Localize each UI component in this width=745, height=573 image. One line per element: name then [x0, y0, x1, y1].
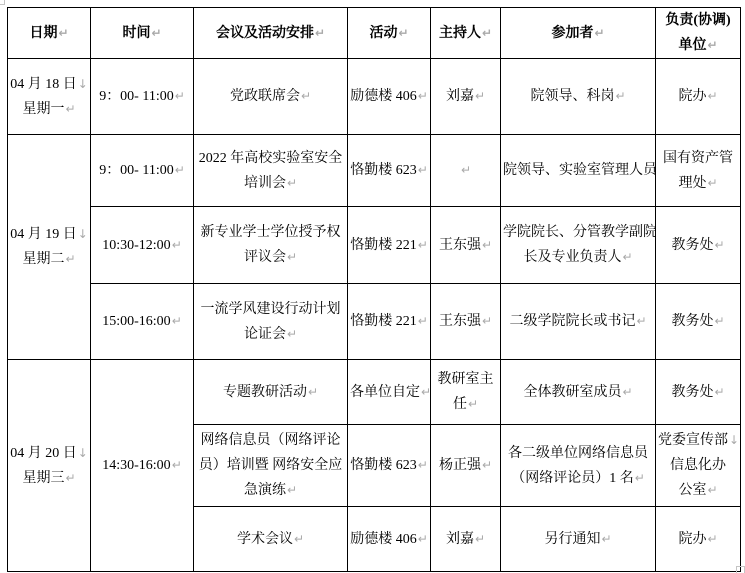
pilcrow-mark: ↵ — [621, 250, 632, 264]
pilcrow-mark: ↵ — [171, 238, 182, 252]
cell-text: 励德楼 406 — [350, 532, 417, 547]
header-cell-participants: 参加者↵ — [501, 8, 656, 59]
cell-participants: 各二级单位网络信息员（网络评论员）1 名↵ — [501, 425, 656, 507]
pilcrow-mark: ↵ — [706, 89, 717, 103]
pilcrow-mark: ↵ — [706, 532, 717, 546]
cell-venue: 励德楼 406↵ — [348, 59, 431, 135]
cell-venue: 恪勤楼 623↵ — [348, 135, 431, 207]
cell-line: 王东强↵ — [433, 309, 498, 334]
pilcrow-mark: ↵ — [300, 89, 311, 103]
table-row: 15:00-16:00↵一流学风建设行动计划论证会↵恪勤楼 221↵王东强↵二级… — [8, 284, 741, 360]
header-cell-venue: 活动↵ — [348, 8, 431, 59]
pilcrow-mark: ↵ — [481, 458, 492, 472]
cell-text: 会议及活动安排 — [216, 26, 314, 41]
cell-text: 培训会 — [244, 176, 286, 191]
cell-line: 2022 年高校实验室安全 — [196, 146, 345, 171]
cell-time: 14:30-16:00↵ — [91, 360, 194, 572]
cell-text: 评议会 — [244, 250, 286, 265]
cell-text: 长及专业负责人 — [523, 250, 621, 265]
cell-text: 学术会议 — [237, 532, 293, 547]
pilcrow-mark: ↵ — [600, 532, 611, 546]
line-break-mark: ↓ — [77, 77, 88, 91]
cell-text: 主持人 — [439, 26, 481, 41]
cell-text: 刘嘉 — [446, 89, 474, 104]
cell-text: 教务处 — [671, 238, 713, 253]
pilcrow-mark: ↵ — [417, 89, 428, 103]
pilcrow-mark: ↵ — [174, 163, 185, 177]
cell-text: 国有资产管 — [663, 151, 733, 166]
cell-participants: 院领导、实验室管理人员↵ — [501, 135, 656, 207]
cell-text: 二级学院院长或书记 — [509, 314, 635, 329]
header-cell-date: 日期↵ — [8, 8, 91, 59]
cell-line: 各单位自定↵ — [350, 380, 428, 405]
cell-line: ↵ — [433, 158, 498, 183]
cell-text: 院办 — [678, 532, 706, 547]
cell-text: 星期二 — [22, 252, 64, 267]
cell-participants: 院领导、科岗↵ — [501, 59, 656, 135]
pilcrow-mark: ↵ — [635, 314, 646, 328]
cell-text: 教务处 — [671, 385, 713, 400]
cell-line: 刘嘉↵ — [433, 84, 498, 109]
pilcrow-mark: ↵ — [286, 250, 297, 264]
cell-meeting: 一流学风建设行动计划论证会↵ — [194, 284, 348, 360]
pilcrow-mark: ↵ — [706, 38, 717, 52]
cell-line: 教研室主 — [433, 367, 498, 392]
cell-meeting: 专题教研活动↵ — [194, 360, 348, 425]
cell-line: 信息化办 — [658, 453, 738, 478]
cell-meeting: 新专业学士学位授予权评议会↵ — [194, 207, 348, 284]
cell-text: 恪勤楼 623 — [350, 163, 417, 178]
cell-text: 公室 — [678, 483, 706, 498]
cell-text: 专题教研活动 — [223, 385, 307, 400]
cell-text: 教研室主 — [438, 372, 494, 387]
cell-line: 理处↵ — [658, 171, 738, 196]
cell-text: 恪勤楼 221 — [350, 238, 417, 253]
cell-host: 杨正强↵ — [431, 425, 501, 507]
pilcrow-mark: ↵ — [621, 385, 632, 399]
cell-line: 专题教研活动↵ — [196, 380, 345, 405]
pilcrow-mark: ↵ — [150, 26, 161, 40]
cell-participants: 二级学院院长或书记↵ — [501, 284, 656, 360]
cell-participants: 全体教研室成员↵ — [501, 360, 656, 425]
pilcrow-mark: ↵ — [417, 163, 428, 177]
cell-host: 王东强↵ — [431, 207, 501, 284]
cell-text: 星期三 — [22, 471, 64, 486]
cell-line: 评议会↵ — [196, 245, 345, 270]
cell-text: 各二级单位网络信息员 — [508, 446, 648, 461]
pilcrow-mark: ↵ — [706, 483, 717, 497]
cell-line: 恪勤楼 623↵ — [350, 158, 428, 183]
cell-line: 恪勤楼 623↵ — [350, 453, 428, 478]
cell-line: 各二级单位网络信息员 — [503, 441, 653, 466]
pilcrow-mark: ↵ — [614, 89, 625, 103]
pilcrow-mark: ↵ — [481, 238, 492, 252]
cell-text: 各单位自定 — [350, 385, 420, 400]
cell-text: 任 — [453, 397, 467, 412]
header-cell-time: 时间↵ — [91, 8, 194, 59]
table-header: 日期↵时间↵会议及活动安排↵活动↵主持人↵参加者↵负责(协调)单位↵ — [8, 8, 741, 59]
cell-line: 党政联席会↵ — [196, 84, 345, 109]
cell-text: 04 月 20 日 — [10, 446, 77, 461]
cell-text: 院办 — [678, 89, 706, 104]
cell-line: 急演练↵ — [196, 478, 345, 503]
cell-text: 刘嘉 — [446, 532, 474, 547]
cell-line: 9：00- 11:00↵ — [93, 158, 191, 183]
line-break-mark: ↓ — [77, 446, 88, 460]
cell-text: 单位 — [678, 38, 706, 53]
cell-unit: 教务处↵ — [656, 284, 741, 360]
meeting-schedule-table: 日期↵时间↵会议及活动安排↵活动↵主持人↵参加者↵负责(协调)单位↵ 04 月 … — [7, 7, 741, 572]
cell-unit: 教务处↵ — [656, 360, 741, 425]
cell-unit: 院办↵ — [656, 507, 741, 572]
cell-meeting: 2022 年高校实验室安全培训会↵ — [194, 135, 348, 207]
cell-text: 网络信息员（网络评论 — [201, 433, 341, 448]
pilcrow-mark: ↵ — [286, 327, 297, 341]
cell-host: ↵ — [431, 135, 501, 207]
cell-line: （网络评论员）1 名↵ — [503, 466, 653, 491]
cell-text: 2022 年高校实验室安全 — [199, 151, 343, 166]
pilcrow-mark: ↵ — [417, 314, 428, 328]
cell-line: 论证会↵ — [196, 322, 345, 347]
cell-unit: 党委宣传部↓信息化办公室↵ — [656, 425, 741, 507]
pilcrow-mark: ↵ — [397, 26, 408, 40]
cell-text: 杨正强 — [439, 458, 481, 473]
cell-line: 教务处↵ — [658, 380, 738, 405]
cell-venue: 励德楼 406↵ — [348, 507, 431, 572]
cell-text: 日期 — [29, 26, 57, 41]
cell-time: 10:30-12:00↵ — [91, 207, 194, 284]
cell-text: 15:00-16:00 — [102, 314, 170, 329]
cell-line: 学院院长、分管教学副院 — [503, 220, 653, 245]
cell-line: 学术会议↵ — [196, 527, 345, 552]
cell-text: 王东强 — [439, 238, 481, 253]
cell-text: 参加者 — [551, 26, 593, 41]
cell-line: 04 月 20 日↓ — [10, 441, 88, 466]
cell-text: 星期一 — [22, 102, 64, 117]
cell-line: 10:30-12:00↵ — [93, 233, 191, 258]
pilcrow-mark: ↵ — [474, 89, 485, 103]
cell-line: 新专业学士学位授予权 — [196, 220, 345, 245]
cell-line: 14:30-16:00↵ — [93, 453, 191, 478]
cell-time: 15:00-16:00↵ — [91, 284, 194, 360]
cell-text: 励德楼 406 — [350, 89, 417, 104]
cell-line: 院办↵ — [658, 84, 738, 109]
cell-unit: 院办↵ — [656, 59, 741, 135]
pilcrow-mark: ↵ — [174, 89, 185, 103]
cell-meeting: 党政联席会↵ — [194, 59, 348, 135]
pilcrow-mark: ↵ — [64, 471, 75, 485]
cell-venue: 恪勤楼 221↵ — [348, 284, 431, 360]
cell-line: 王东强↵ — [433, 233, 498, 258]
pilcrow-mark: ↵ — [314, 26, 325, 40]
line-break-mark: ↓ — [728, 433, 739, 447]
cell-line: 任↵ — [433, 392, 498, 417]
cell-line: 励德楼 406↵ — [350, 527, 428, 552]
pilcrow-mark: ↵ — [460, 163, 471, 177]
cell-line: 参加者↵ — [503, 21, 653, 46]
cell-line: 负责(协调) — [658, 8, 738, 33]
pilcrow-mark: ↵ — [420, 385, 431, 399]
cell-participants: 学院院长、分管教学副院长及专业负责人↵ — [501, 207, 656, 284]
cell-venue: 恪勤楼 623↵ — [348, 425, 431, 507]
cell-date: 04 月 18 日↓星期一↵ — [8, 59, 91, 135]
cell-line: 另行通知↵ — [503, 527, 653, 552]
cell-line: 公室↵ — [658, 478, 738, 503]
pilcrow-mark: ↵ — [171, 458, 182, 472]
cell-line: 日期↵ — [10, 21, 88, 46]
pilcrow-mark: ↵ — [713, 314, 724, 328]
cell-line: 刘嘉↵ — [433, 527, 498, 552]
cell-time: 9：00- 11:00↵ — [91, 135, 194, 207]
header-cell-meeting: 会议及活动安排↵ — [194, 8, 348, 59]
cell-line: 院领导、科岗↵ — [503, 84, 653, 109]
cell-meeting: 网络信息员（网络评论员）培训暨 网络安全应急演练↵ — [194, 425, 348, 507]
cell-text: 党政联席会 — [230, 89, 300, 104]
cell-text: 急演练 — [244, 483, 286, 498]
document-page: 日期↵时间↵会议及活动安排↵活动↵主持人↵参加者↵负责(协调)单位↵ 04 月 … — [0, 0, 745, 573]
cell-line: 15:00-16:00↵ — [93, 309, 191, 334]
cell-date: 04 月 20 日↓星期三↵ — [8, 360, 91, 572]
cell-line: 网络信息员（网络评论 — [196, 428, 345, 453]
pilcrow-mark: ↵ — [474, 532, 485, 546]
pilcrow-mark: ↵ — [706, 176, 717, 190]
cell-text: 党委宣传部 — [658, 433, 728, 448]
cell-line: 9：00- 11:00↵ — [93, 84, 191, 109]
cell-line: 员）培训暨 网络安全应 — [196, 453, 345, 478]
cell-line: 全体教研室成员↵ — [503, 380, 653, 405]
cell-meeting: 学术会议↵ — [194, 507, 348, 572]
cell-host: 王东强↵ — [431, 284, 501, 360]
cell-line: 教务处↵ — [658, 233, 738, 258]
cell-text: 王东强 — [439, 314, 481, 329]
table-row: 04 月 18 日↓星期一↵9：00- 11:00↵党政联席会↵励德楼 406↵… — [8, 59, 741, 135]
pilcrow-mark: ↵ — [417, 532, 428, 546]
pilcrow-mark: ↵ — [593, 26, 604, 40]
cell-line: 一流学风建设行动计划 — [196, 297, 345, 322]
cell-host: 教研室主任↵ — [431, 360, 501, 425]
cell-unit: 教务处↵ — [656, 207, 741, 284]
cell-line: 二级学院院长或书记↵ — [503, 309, 653, 334]
line-break-mark: ↓ — [77, 227, 88, 241]
cell-line: 单位↵ — [658, 33, 738, 58]
cell-line: 长及专业负责人↵ — [503, 245, 653, 270]
cell-text: 14:30-16:00 — [102, 458, 170, 473]
pilcrow-mark: ↵ — [417, 458, 428, 472]
cell-line: 时间↵ — [93, 21, 191, 46]
pilcrow-mark: ↵ — [64, 252, 75, 266]
cell-venue: 各单位自定↵ — [348, 360, 431, 425]
cell-host: 刘嘉↵ — [431, 507, 501, 572]
cell-line: 活动↵ — [350, 21, 428, 46]
pilcrow-mark: ↵ — [713, 385, 724, 399]
pilcrow-mark: ↵ — [481, 314, 492, 328]
table-move-handle[interactable] — [0, 0, 5, 5]
cell-text: 全体教研室成员 — [523, 385, 621, 400]
cell-text: 论证会 — [244, 327, 286, 342]
cell-text: 信息化办 — [670, 458, 726, 473]
cell-text: 院领导、实验室管理人员 — [503, 163, 656, 178]
cell-line: 培训会↵ — [196, 171, 345, 196]
cell-line: 恪勤楼 221↵ — [350, 309, 428, 334]
cell-line: 杨正强↵ — [433, 453, 498, 478]
table-body: 04 月 18 日↓星期一↵9：00- 11:00↵党政联席会↵励德楼 406↵… — [8, 59, 741, 572]
pilcrow-mark: ↵ — [286, 176, 297, 190]
cell-text: 04 月 18 日 — [10, 77, 77, 92]
cell-text: 时间 — [122, 26, 150, 41]
cell-line: 院领导、实验室管理人员↵ — [503, 158, 653, 183]
pilcrow-mark: ↵ — [307, 385, 318, 399]
cell-line: 院办↵ — [658, 527, 738, 552]
cell-text: 员）培训暨 网络安全应 — [199, 458, 343, 473]
cell-line: 04 月 19 日↓ — [10, 222, 88, 247]
cell-text: （网络评论员）1 名 — [511, 471, 634, 486]
cell-line: 党委宣传部↓ — [658, 428, 738, 453]
cell-line: 恪勤楼 221↵ — [350, 233, 428, 258]
cell-text: 10:30-12:00 — [102, 238, 170, 253]
cell-text: 教务处 — [671, 314, 713, 329]
cell-host: 刘嘉↵ — [431, 59, 501, 135]
header-cell-unit: 负责(协调)单位↵ — [656, 8, 741, 59]
cell-line: 会议及活动安排↵ — [196, 21, 345, 46]
pilcrow-mark: ↵ — [293, 532, 304, 546]
cell-text: 一流学风建设行动计划 — [201, 302, 341, 317]
cell-text: 活动 — [369, 26, 397, 41]
pilcrow-mark: ↵ — [634, 471, 645, 485]
cell-venue: 恪勤楼 221↵ — [348, 207, 431, 284]
header-row: 日期↵时间↵会议及活动安排↵活动↵主持人↵参加者↵负责(协调)单位↵ — [8, 8, 741, 59]
header-cell-host: 主持人↵ — [431, 8, 501, 59]
cell-text: 04 月 19 日 — [10, 227, 77, 242]
cell-text: 另行通知 — [544, 532, 600, 547]
pilcrow-mark: ↵ — [467, 397, 478, 411]
cell-text: 9：00- 11:00 — [99, 89, 174, 104]
cell-date: 04 月 19 日↓星期二↵ — [8, 135, 91, 360]
cell-text: 院领导、科岗 — [530, 89, 614, 104]
cell-line: 主持人↵ — [433, 21, 498, 46]
cell-text: 负责(协调) — [665, 13, 730, 28]
cell-line: 教务处↵ — [658, 309, 738, 334]
table-resize-handle[interactable] — [736, 566, 745, 573]
pilcrow-mark: ↵ — [481, 26, 492, 40]
pilcrow-mark: ↵ — [171, 314, 182, 328]
cell-text: 学院院长、分管教学副院 — [503, 225, 656, 240]
cell-unit: 国有资产管理处↵ — [656, 135, 741, 207]
cell-line: 04 月 18 日↓ — [10, 72, 88, 97]
pilcrow-mark: ↵ — [713, 238, 724, 252]
pilcrow-mark: ↵ — [64, 102, 75, 116]
pilcrow-mark: ↵ — [417, 238, 428, 252]
cell-text: 9：00- 11:00 — [99, 163, 174, 178]
cell-line: 星期一↵ — [10, 97, 88, 122]
cell-time: 9：00- 11:00↵ — [91, 59, 194, 135]
cell-line: 国有资产管 — [658, 146, 738, 171]
table-row: 04 月 20 日↓星期三↵14:30-16:00↵专题教研活动↵各单位自定↵教… — [8, 360, 741, 425]
cell-line: 励德楼 406↵ — [350, 84, 428, 109]
cell-line: 星期三↵ — [10, 466, 88, 491]
table-row: 04 月 19 日↓星期二↵9：00- 11:00↵2022 年高校实验室安全培… — [8, 135, 741, 207]
table-row: 10:30-12:00↵新专业学士学位授予权评议会↵恪勤楼 221↵王东强↵学院… — [8, 207, 741, 284]
cell-participants: 另行通知↵ — [501, 507, 656, 572]
cell-text: 恪勤楼 623 — [350, 458, 417, 473]
pilcrow-mark: ↵ — [57, 26, 68, 40]
cell-line: 星期二↵ — [10, 247, 88, 272]
pilcrow-mark: ↵ — [286, 483, 297, 497]
cell-text: 理处 — [678, 176, 706, 191]
cell-text: 恪勤楼 221 — [350, 314, 417, 329]
cell-text: 新专业学士学位授予权 — [201, 225, 341, 240]
